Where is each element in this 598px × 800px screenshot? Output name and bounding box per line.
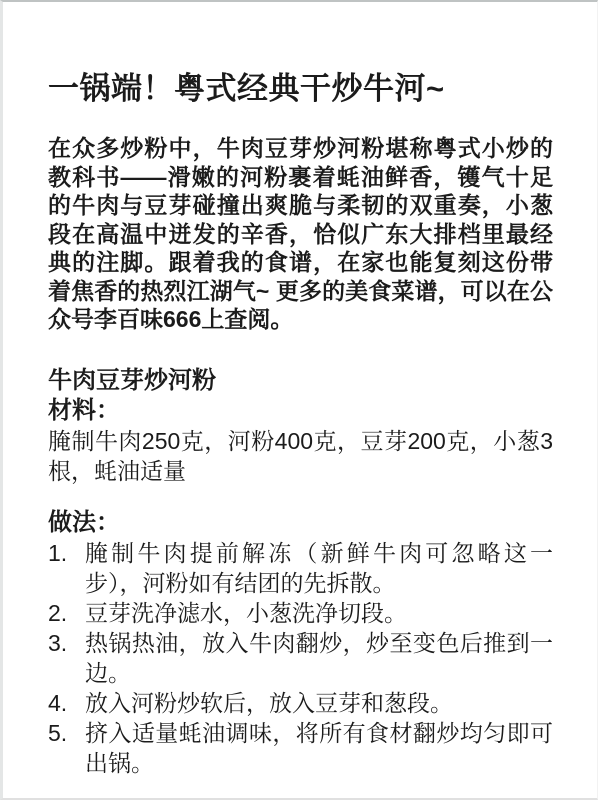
list-item: 2. 豆芽洗净滤水，小葱洗净切段。 (48, 598, 553, 628)
steps-list: 1. 腌制牛肉提前解冻（新鲜牛肉可忽略这一步），河粉如有结团的先拆散。 2. 豆… (48, 538, 553, 778)
step-number: 5. (48, 718, 85, 748)
recipe-page: 一锅端！粤式经典干炒牛河~ 在众多炒粉中，牛肉豆芽炒河粉堪称粤式小炒的教科书——… (0, 0, 598, 800)
step-number: 4. (48, 688, 85, 718)
step-number: 2. (48, 598, 85, 628)
step-text: 挤入适量蚝油调味，将所有食材翻炒均匀即可出锅。 (85, 718, 553, 778)
step-text: 热锅热油，放入牛肉翻炒，炒至变色后推到一边。 (85, 628, 553, 688)
step-text: 腌制牛肉提前解冻（新鲜牛肉可忽略这一步），河粉如有结团的先拆散。 (85, 538, 553, 598)
list-item: 1. 腌制牛肉提前解冻（新鲜牛肉可忽略这一步），河粉如有结团的先拆散。 (48, 538, 553, 598)
step-text: 豆芽洗净滤水，小葱洗净切段。 (85, 598, 553, 628)
list-item: 4. 放入河粉炒软后，放入豆芽和葱段。 (48, 688, 553, 718)
list-item: 5. 挤入适量蚝油调味，将所有食材翻炒均匀即可出锅。 (48, 718, 553, 778)
ingredients-label: 材料： (48, 396, 553, 426)
recipe-name: 牛肉豆芽炒河粉 (48, 365, 553, 396)
intro-paragraph: 在众多炒粉中，牛肉豆芽炒河粉堪称粤式小炒的教科书——滑嫩的河粉裹着蚝油鲜香，镬气… (48, 134, 553, 334)
list-item: 3. 热锅热油，放入牛肉翻炒，炒至变色后推到一边。 (48, 628, 553, 688)
step-number: 3. (48, 628, 85, 658)
steps-label: 做法： (48, 508, 553, 538)
ingredients-text: 腌制牛肉250克，河粉400克，豆芽200克，小葱3根，蚝油适量 (48, 426, 553, 486)
page-title: 一锅端！粤式经典干炒牛河~ (48, 70, 553, 107)
step-text: 放入河粉炒软后，放入豆芽和葱段。 (85, 688, 553, 718)
step-number: 1. (48, 538, 85, 568)
